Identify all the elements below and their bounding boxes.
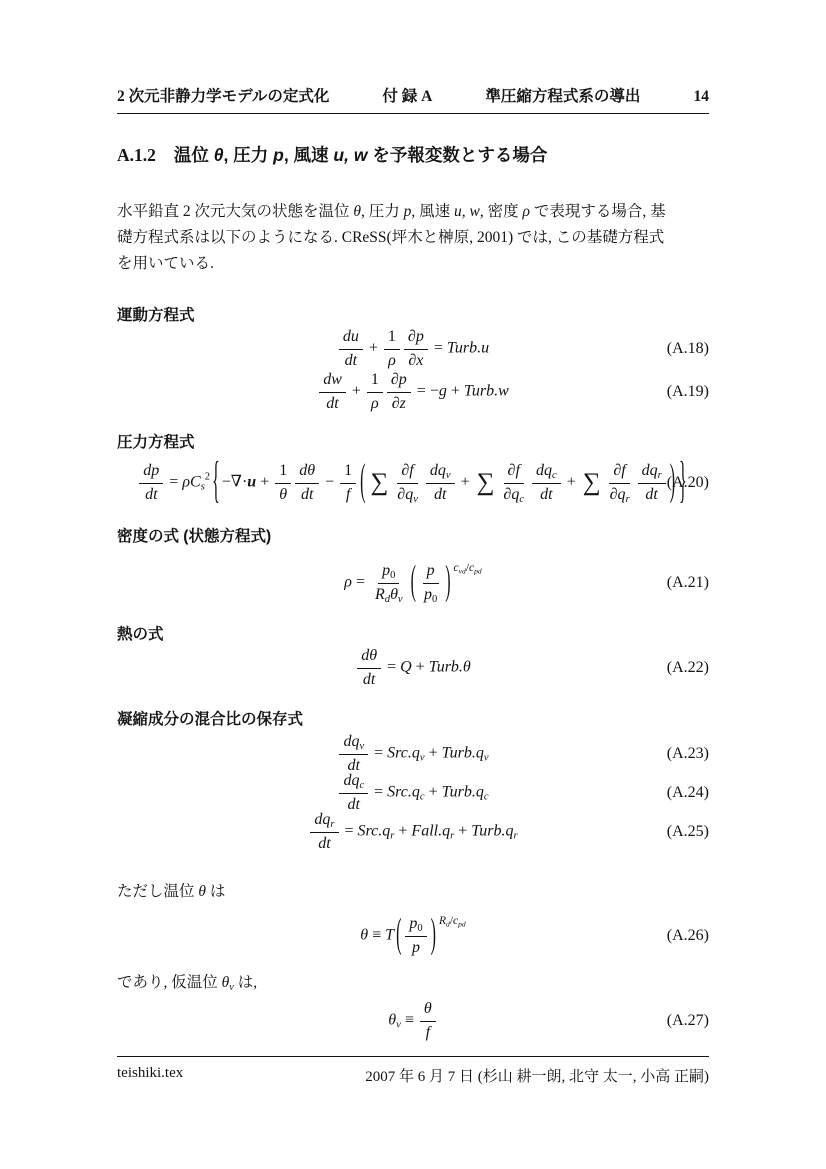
label-pressure-equation: 圧力方程式: [117, 430, 709, 452]
math-exponent: Rd/cpd: [439, 915, 466, 928]
fraction-denominator: dt: [297, 484, 317, 505]
math-fraction: dθdt: [295, 461, 319, 505]
math-text: r: [625, 494, 629, 505]
fraction-numerator: p: [423, 561, 439, 583]
equation-a19: dwdt + 1ρ∂p∂z = −g + Turb.w (A.19): [117, 370, 709, 414]
fraction-denominator: dt: [641, 484, 661, 505]
fraction-denominator: Rdθv: [371, 584, 407, 605]
math-fraction: dθdt: [357, 646, 381, 690]
equation-a20-math: dpdt = ρCs2{−∇·u + 1θdθdt − 1f(∑∂f∂qvdqv…: [117, 461, 709, 505]
math-text: Turb.w: [464, 383, 509, 400]
math-fraction: 1f: [340, 461, 356, 505]
fraction-numerator: dqr: [638, 461, 666, 483]
math-subscript: 0: [417, 923, 422, 934]
fraction-numerator: 1: [367, 370, 383, 392]
fraction-denominator: ρ: [384, 350, 400, 371]
math-text: +: [412, 659, 429, 676]
math-text: Src.q: [387, 784, 420, 801]
math-subscript: 0: [432, 594, 437, 605]
math-text: Src.q: [358, 823, 391, 840]
math-text: v: [446, 470, 451, 481]
math-text: θ: [279, 486, 287, 503]
math-text: =: [430, 340, 447, 357]
math-text: 水平鉛直 2 次元大気の状態を温位: [117, 203, 353, 220]
equation-a21-math: ρ = p0Rdθv(pp0)cvd/cpd: [117, 561, 709, 605]
math-text: g: [439, 383, 447, 400]
math-text: dq: [642, 462, 658, 479]
page-number: 14: [693, 88, 709, 106]
equation-a19-math: dwdt + 1ρ∂p∂z = −g + Turb.w: [117, 370, 709, 414]
math-text: ∂f: [508, 462, 520, 479]
math-text: f: [346, 486, 350, 503]
label-heat-equation: 熱の式: [117, 622, 709, 644]
fraction-denominator: dt: [341, 350, 361, 371]
header-appendix-label: 付 録 A: [382, 84, 432, 106]
math-text: dt: [301, 486, 313, 503]
math-text: v: [398, 594, 403, 605]
math-exponent: cvd/cpd: [454, 562, 482, 575]
math-text: dt: [363, 671, 375, 688]
fraction-numerator: p0: [378, 561, 399, 583]
fraction-numerator: dqr: [310, 810, 338, 832]
math-text: 礎方程式系は以下のようになる. CReSS(坪木と榊原, 2001) では, こ…: [117, 229, 664, 246]
math-text: −: [321, 474, 338, 491]
math-text: Turb.q: [442, 784, 484, 801]
math-text: ≡: [401, 1012, 418, 1029]
math-fraction: p0Rdθv: [371, 561, 407, 605]
fraction-denominator: dt: [430, 484, 450, 505]
fraction-numerator: dqc: [339, 771, 368, 793]
math-text: p: [382, 562, 390, 579]
intro-paragraph: 水平鉛直 2 次元大気の状態を温位 θ, 圧力 p, 風速 u, w, 密度 ρ…: [117, 199, 709, 277]
equation-a21-number: (A.21): [667, 574, 709, 592]
math-text: =: [383, 659, 400, 676]
fraction-denominator: f: [342, 484, 354, 505]
math-text: dt: [318, 835, 330, 852]
fraction-denominator: ∂z: [388, 393, 410, 414]
math-text: であり, 仮温位: [117, 974, 222, 991]
equation-a27-number: (A.27): [667, 1012, 709, 1030]
math-text: p: [427, 562, 435, 579]
equation-a25-math: dqrdt = Src.qr + Fall.qr + Turb.qr: [117, 810, 709, 854]
math-text: +: [256, 474, 273, 491]
equation-a20: dpdt = ρCs2{−∇·u + 1θdθdt − 1f(∑∂f∂qvdqv…: [117, 451, 709, 515]
math-subscript: v: [484, 753, 489, 764]
math-text: ただし温位: [117, 883, 198, 900]
fraction-denominator: p: [408, 937, 424, 958]
math-text: Fall.q: [411, 823, 450, 840]
fraction-numerator: dθ: [295, 461, 319, 483]
math-text: +: [457, 474, 474, 491]
fraction-numerator: ∂f: [397, 461, 417, 483]
math-text: dp: [143, 462, 159, 479]
fraction-denominator: ∂qv: [393, 484, 422, 505]
math-subscript: r: [625, 494, 629, 505]
math-text: u: [247, 474, 256, 491]
fraction-numerator: dw: [319, 370, 346, 392]
math-text: θ: [214, 145, 224, 165]
equation-a26: θ ≡ T(p0p)Rd/cpd (A.26): [117, 901, 709, 971]
fraction-numerator: p0: [405, 914, 426, 936]
math-text: を予報変数とする場合: [367, 145, 547, 165]
math-text: , 風速: [411, 203, 454, 220]
math-text: ρ: [371, 395, 379, 412]
math-text: で表現する場合, 基: [530, 203, 666, 220]
fraction-numerator: ∂p: [387, 370, 411, 392]
math-text: +: [563, 474, 580, 491]
math-text: p: [273, 145, 284, 165]
math-fraction: p0p: [405, 914, 426, 958]
math-text: 2: [205, 472, 210, 483]
math-text: =: [370, 784, 387, 801]
math-text: r: [513, 831, 517, 842]
math-text: −∇·: [222, 474, 248, 491]
fraction-numerator: dp: [139, 461, 163, 483]
fraction-numerator: 1: [384, 327, 400, 349]
fraction-denominator: ∂x: [404, 350, 427, 371]
section-number: A.1.2: [117, 145, 156, 165]
header-running-title: 2 次元非静力学モデルの定式化: [117, 84, 329, 106]
math-text: θ: [424, 1000, 432, 1017]
fraction-denominator: dt: [536, 484, 556, 505]
fraction-denominator: dt: [141, 484, 161, 505]
footer-filename: teishiki.tex: [117, 1065, 183, 1086]
fraction-numerator: 1: [340, 461, 356, 483]
math-text: は,: [234, 974, 257, 991]
math-text: +: [447, 383, 464, 400]
math-text: dθ: [299, 462, 315, 479]
math-text: Turb.u: [447, 340, 489, 357]
math-text: ρ: [388, 352, 396, 369]
paragraph-deari: であり, 仮温位 θv は,: [117, 970, 709, 996]
math-text: dq: [536, 462, 552, 479]
math-text: +: [454, 823, 471, 840]
math-fraction: dwdt: [319, 370, 346, 414]
math-text: θ: [390, 586, 398, 603]
equation-a25: dqrdt = Src.qr + Fall.qr + Turb.qr (A.25…: [117, 809, 709, 855]
equation-a22: dθdt = Q + Turb.θ (A.22): [117, 645, 709, 691]
math-text: Src.q: [387, 745, 420, 762]
math-subscript: pd: [458, 919, 466, 928]
fraction-numerator: dqc: [532, 461, 561, 483]
math-text: =: [370, 745, 387, 762]
math-fraction: dqcdt: [532, 461, 561, 505]
math-subscript: r: [658, 470, 662, 481]
math-text: v: [484, 753, 489, 764]
math-subscript: c: [519, 494, 524, 505]
math-text: dt: [345, 352, 357, 369]
equation-a22-number: (A.22): [667, 659, 709, 677]
math-text: dt: [434, 486, 446, 503]
math-text: R: [439, 915, 446, 927]
math-delimiter: ): [445, 562, 450, 604]
math-text: dq: [343, 772, 359, 789]
math-text: 1: [371, 371, 379, 388]
math-text: dq: [314, 811, 330, 828]
math-subscript: v: [446, 470, 451, 481]
equation-a18-number: (A.18): [667, 340, 709, 358]
math-text: , 圧力: [224, 145, 274, 165]
math-text: 1: [344, 462, 352, 479]
fraction-denominator: dt: [359, 669, 379, 690]
math-fraction: ∂f∂qr: [606, 461, 634, 505]
math-fraction: θf: [420, 999, 436, 1043]
label-equation-of-motion: 運動方程式: [117, 303, 709, 325]
math-subscript: v: [359, 741, 364, 752]
fraction-denominator: ∂qc: [499, 484, 528, 505]
math-fraction: dqvdt: [426, 461, 455, 505]
math-subscript: s: [201, 482, 205, 493]
fraction-denominator: ρ: [367, 393, 383, 414]
math-text: ∂p: [391, 371, 407, 388]
math-text: , 密度: [480, 203, 523, 220]
section-title: 温位 θ, 圧力 p, 風速 u, w を予報変数とする場合: [174, 145, 547, 165]
sigma-sum-symbol: ∑: [370, 472, 388, 495]
fraction-numerator: ∂p: [404, 327, 428, 349]
math-text: +: [348, 383, 365, 400]
math-text: u, w: [454, 203, 480, 220]
math-text: Turb.q: [442, 745, 484, 762]
math-text: T: [385, 927, 394, 944]
math-text: を用いている.: [117, 255, 214, 272]
fraction-numerator: θ: [420, 999, 436, 1021]
math-subscript: c: [484, 792, 489, 803]
math-text: f: [426, 1024, 430, 1041]
math-subscript: 0: [390, 570, 395, 581]
math-text: 温位: [174, 145, 214, 165]
math-text: ∂z: [392, 395, 406, 412]
math-text: c: [552, 470, 557, 481]
fraction-numerator: ∂f: [609, 461, 629, 483]
fraction-numerator: dqv: [426, 461, 455, 483]
math-delimiter: (: [411, 562, 416, 604]
math-text: = −: [413, 383, 439, 400]
equation-a23-number: (A.23): [667, 745, 709, 763]
math-text: r: [658, 470, 662, 481]
math-text: v: [359, 741, 364, 752]
math-text: 0: [390, 570, 395, 581]
math-text: θ: [353, 203, 361, 220]
math-fraction: dudt: [339, 327, 363, 371]
math-fraction: dpdt: [139, 461, 163, 505]
equation-a21: ρ = p0Rdθv(pp0)cvd/cpd (A.21): [117, 547, 709, 619]
math-subscript: r: [513, 831, 517, 842]
math-fraction: 1ρ: [384, 327, 400, 371]
fraction-numerator: 1: [275, 461, 291, 483]
math-text: pd: [458, 919, 466, 928]
math-text: ρ: [523, 203, 530, 220]
math-delimiter: {: [212, 457, 220, 508]
math-subscript: r: [330, 819, 334, 830]
math-text: ∂f: [401, 462, 413, 479]
math-text: 1: [388, 328, 396, 345]
math-fraction: 1θ: [275, 461, 291, 505]
page-header: 2 次元非静力学モデルの定式化 付 録 A 準圧縮方程式系の導出 14: [117, 84, 709, 114]
math-text: ≡: [368, 927, 385, 944]
math-text: dθ: [361, 647, 377, 664]
equation-a24-number: (A.24): [667, 784, 709, 802]
math-text: θ: [360, 927, 368, 944]
document-page: 2 次元非静力学モデルの定式化 付 録 A 準圧縮方程式系の導出 14 A.1.…: [0, 0, 826, 1169]
fraction-denominator: f: [422, 1022, 434, 1043]
fraction-numerator: dqv: [339, 732, 368, 754]
section-heading: A.1.2温位 θ, 圧力 p, 風速 u, w を予報変数とする場合: [117, 142, 709, 167]
math-fraction: pp0: [420, 561, 441, 605]
math-text: , 風速: [284, 145, 334, 165]
equation-a25-number: (A.25): [667, 823, 709, 841]
math-fraction: ∂p∂x: [404, 327, 428, 371]
fraction-denominator: θ: [275, 484, 291, 505]
math-text: u, w: [333, 145, 367, 165]
math-text: du: [343, 328, 359, 345]
fraction-numerator: ∂f: [504, 461, 524, 483]
fraction-denominator: dt: [314, 833, 334, 854]
sigma-sum-symbol: ∑: [477, 472, 495, 495]
math-text: 0: [417, 923, 422, 934]
math-text: v: [413, 494, 418, 505]
math-text: c: [519, 494, 524, 505]
equation-a26-math: θ ≡ T(p0p)Rd/cpd: [117, 914, 709, 958]
math-text: Turb.q: [471, 823, 513, 840]
math-text: dt: [326, 395, 338, 412]
math-subscript: v: [413, 494, 418, 505]
label-density-equation: 密度の式 (状態方程式): [117, 524, 709, 546]
math-text: 0: [432, 594, 437, 605]
math-text: 1: [279, 462, 287, 479]
math-superscript: 2: [205, 472, 210, 483]
math-text: dt: [145, 486, 157, 503]
fraction-denominator: ∂qr: [606, 484, 634, 505]
math-text: =: [352, 574, 369, 591]
math-delimiter: (: [396, 915, 401, 957]
math-text: ∂q: [397, 486, 413, 503]
math-fraction: 1ρ: [367, 370, 383, 414]
math-fraction: ∂f∂qv: [393, 461, 422, 505]
math-fraction: dqrdt: [638, 461, 666, 505]
math-delimiter: (: [360, 461, 365, 506]
math-text: は: [206, 883, 225, 900]
fraction-numerator: du: [339, 327, 363, 349]
math-delimiter: ): [431, 915, 436, 957]
equation-a27-math: θv ≡ θf: [117, 999, 709, 1043]
math-text: +: [365, 340, 382, 357]
math-text: ρC: [182, 474, 200, 491]
math-subscript: c: [359, 780, 364, 791]
math-text: θ: [198, 883, 206, 900]
equation-a26-number: (A.26): [667, 927, 709, 945]
equation-a18: dudt + 1ρ∂p∂x = Turb.u (A.18): [117, 327, 709, 371]
math-text: ∂f: [613, 462, 625, 479]
math-text: ∂p: [408, 328, 424, 345]
math-subscript: pd: [474, 566, 482, 575]
math-text: dw: [323, 371, 342, 388]
math-text: c: [359, 780, 364, 791]
math-text: s: [201, 482, 205, 493]
sigma-sum-symbol: ∑: [583, 472, 601, 495]
math-text: dq: [430, 462, 446, 479]
equation-a18-math: dudt + 1ρ∂p∂x = Turb.u: [117, 327, 709, 371]
fraction-numerator: dθ: [357, 646, 381, 668]
math-fraction: ∂f∂qc: [499, 461, 528, 505]
math-text: dq: [343, 733, 359, 750]
math-text: ∂x: [408, 352, 423, 369]
math-text: R: [375, 586, 385, 603]
math-text: =: [165, 474, 182, 491]
math-text: dt: [645, 486, 657, 503]
math-text: +: [425, 784, 442, 801]
math-fraction: ∂p∂z: [387, 370, 411, 414]
math-text: , 圧力: [361, 203, 404, 220]
math-text: +: [425, 745, 442, 762]
math-text: =: [341, 823, 358, 840]
equation-a19-number: (A.19): [667, 383, 709, 401]
equation-a22-math: dθdt = Q + Turb.θ: [117, 646, 709, 690]
math-fraction: dqrdt: [310, 810, 338, 854]
equation-a20-number: (A.20): [667, 474, 709, 492]
equation-a27: θv ≡ θf (A.27): [117, 995, 709, 1047]
math-text: p: [424, 586, 432, 603]
math-subscript: c: [552, 470, 557, 481]
math-text: +: [394, 823, 411, 840]
math-text: ∂q: [503, 486, 519, 503]
page-footer: teishiki.tex 2007 年 6 月 7 日 (杉山 耕一朗, 北守 …: [117, 1056, 709, 1086]
math-text: Q: [400, 659, 412, 676]
math-text: Turb.θ: [429, 659, 471, 676]
math-text: pd: [474, 566, 482, 575]
label-mixing-ratio-conservation: 凝縮成分の混合比の保存式: [117, 707, 709, 729]
math-text: p: [412, 939, 420, 956]
math-text: ∂q: [610, 486, 626, 503]
math-text: θ: [388, 1012, 396, 1029]
math-subscript: v: [398, 594, 403, 605]
footer-date-authors: 2007 年 6 月 7 日 (杉山 耕一朗, 北守 太一, 小高 正嗣): [365, 1065, 709, 1086]
math-text: r: [330, 819, 334, 830]
math-text: dt: [540, 486, 552, 503]
fraction-denominator: p0: [420, 584, 441, 605]
fraction-denominator: dt: [322, 393, 342, 414]
header-appendix-title: 準圧縮方程式系の導出: [485, 84, 640, 106]
page-content: 2 次元非静力学モデルの定式化 付 録 A 準圧縮方程式系の導出 14 A.1.…: [117, 0, 709, 1169]
math-text: ρ: [344, 574, 352, 591]
math-text: c: [484, 792, 489, 803]
